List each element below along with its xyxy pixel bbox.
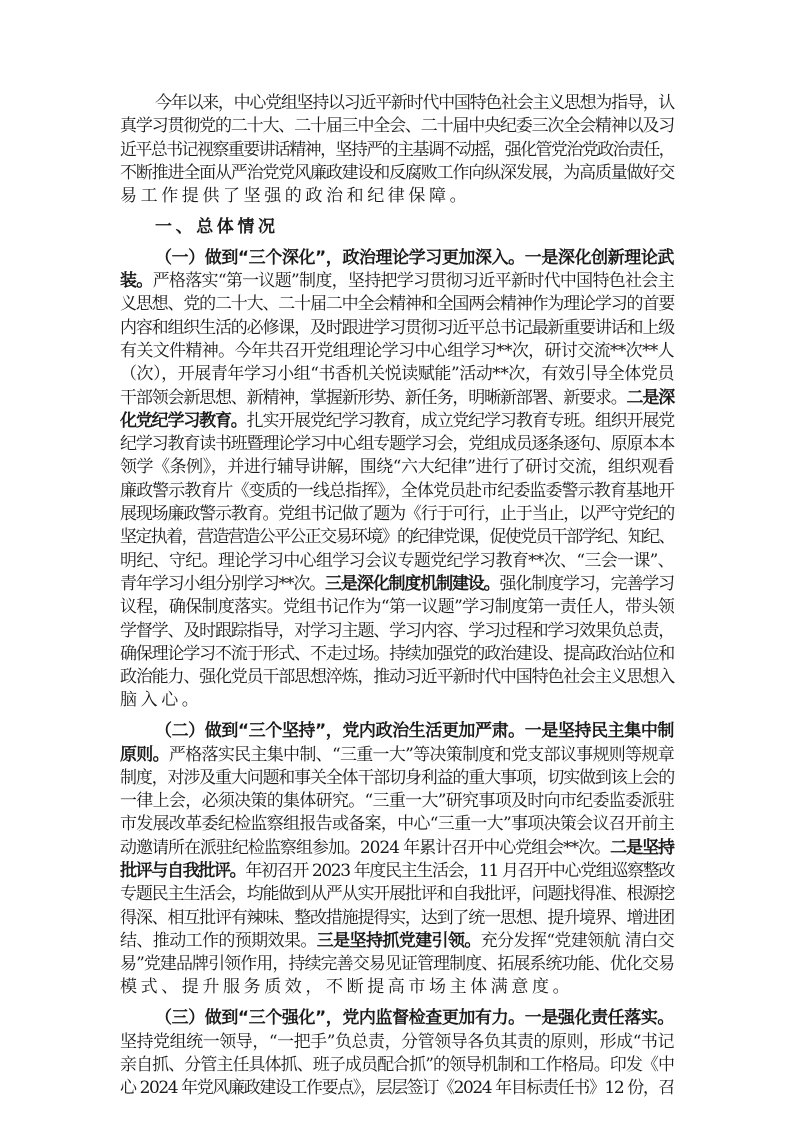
section-heading: 一、总体情况 [120,216,674,239]
text-line: 一律上会，必须决策的集体研究。“三重一大”研究事项及时向市纪委监委派驻 [120,790,674,813]
text-line: 制度，对涉及重大问题和事关全体干部切身利益的重大事项，切实做到该上会的 [120,767,674,790]
text-line: 脑入心。 [120,689,674,712]
text: 严格落实“第一议题”制度，坚持把学习贯彻习近平新时代中国特色社会主 [153,271,674,291]
text: 真学习贯彻党的二十大、二十届三中全会、二十届中央纪委三次全会精神以及习 [120,116,674,136]
bold-text: 二是深 [627,388,674,408]
text: 廉政警示教育片《变质的一线总指挥》，全体党员赴市纪委监委警示教育基地开 [120,481,674,501]
text: 结、推动工作的预期效果。 [120,931,317,951]
text: 亲自抓、分管主任具体抓、班子成员配合抓”的领导机制和工作格局。印发《中 [120,1055,674,1075]
text: 脑入心。 [120,690,202,710]
text: 制度，对涉及重大问题和事关全体干部切身利益的重大事项，切实做到该上会的 [120,768,674,788]
text: 充分发挥“党建领航 清白交 [481,931,674,951]
text-line: 不断推进全面从严治党党风廉政建设和反腐败工作向纵深发展，为高质量做好交 [120,162,674,185]
text-line: 易”党建品牌引领作用，持续完善交易见证管理制度、拓展系统功能、优化交易 [120,953,674,976]
text: 内容和组织生活的必修课，及时跟进学习贯彻习近平总书记最新重要讲话和上级 [120,318,674,338]
text-line: 政治能力、强化党员干部思想淬炼，推动习近平新时代中国特色社会主义思想入 [120,666,674,689]
bold-text: 二是坚持 [610,838,674,858]
text-line: （二）做到“三个坚持”，党内政治生活更加严肃。一是坚持民主集中制 [120,720,674,743]
text: 易”党建品牌引领作用，持续完善交易见证管理制度、拓展系统功能、优化交易 [120,954,674,974]
text-line: 一、总体情况 [120,216,674,239]
text-line: 专题民主生活会，均能做到从严从实开展批评和自我批评，问题找得准、根源挖 [120,883,674,906]
text-line: 化党纪学习教育。扎实开展党纪学习教育，成立党纪学习教育专班。组织开展党 [120,410,674,433]
text-line: 义思想、党的二十大、二十届二中全会精神和全国两会精神作为理论学习的首要 [120,293,674,316]
text: 年初召开 2023 年度民主生活会，11 月召开中心党组巡察整改 [245,861,674,881]
text: 义思想、党的二十大、二十届二中全会精神和全国两会精神作为理论学习的首要 [120,294,674,314]
text-line: （三）做到“三个强化”，党内监督检查更加有力。一是强化责任落实。 [120,1007,674,1030]
text: 政治能力、强化党员干部思想淬炼，推动习近平新时代中国特色社会主义思想入 [120,667,674,687]
bold-text: 原则。 [120,745,169,765]
document-page: 今年以来，中心党组坚持以习近平新时代中国特色社会主义思想为指导，认真学习贯彻党的… [0,0,793,1122]
text: 青年学习小组分别学习**次。 [120,574,325,594]
text: 强化制度学习，完善学习 [500,574,674,594]
text: 一律上会，必须决策的集体研究。“三重一大”研究事项及时向市纪委监委派驻 [120,791,674,811]
text: 专题民主生活会，均能做到从严从实开展批评和自我批评，问题找得准、根源挖 [120,884,674,904]
text: 学督学、及时跟踪指导，对学习主题、学习内容、学习过程和学习效果负总责， [120,621,674,641]
text: 动邀请所在派驻纪检监察组参加。2024 年累计召开中心党组会**次。 [120,838,610,858]
text-line: 今年以来，中心党组坚持以习近平新时代中国特色社会主义思想为指导，认 [120,92,674,115]
bold-text: （二）做到“三个坚持”，党内政治生活更加严肃。一是坚持民主集中制 [155,721,674,741]
text-line: 批评与自我批评。年初召开 2023 年度民主生活会，11 月召开中心党组巡察整改 [120,860,674,883]
text-line: 坚持党组统一领导，“一把手”负总责，分管领导各负其责的原则，形成“书记 [120,1031,674,1054]
text-line: 明纪、守纪。理论学习中心组学习会议专题党纪学习教育**次、“三会一课”、 [120,550,674,573]
text-line: （次），开展青年学习小组“书香机关悦读赋能”活动**次，有效引导全体党员 [120,363,674,386]
text: 市发展改革委纪检监察组报告或备案，中心“三重一大”事项决策会议召开前主 [120,814,674,834]
text-line: 纪学习教育读书班暨理论学习中心组专题学习会，党组成员逐条逐句、原原本本 [120,433,674,456]
text-line: 得深、相互批评有辣味、整改措施提得实，达到了统一思想、提升境界、增进团 [120,907,674,930]
body-paragraph: （三）做到“三个强化”，党内监督检查更加有力。一是强化责任落实。坚持党组统一领导… [120,1007,674,1100]
text-line: 有关文件精神。今年共召开党组理论学习中心组学习**次，研讨交流**次**人 [120,340,674,363]
text-line: 青年学习小组分别学习**次。三是深化制度机制建设。强化制度学习，完善学习 [120,573,674,596]
text-line: （一）做到“三个深化”，政治理论学习更加深入。一是深化创新理论武 [120,247,674,270]
bold-text: 三是坚持抓党建引领。 [317,931,481,951]
text-line: 学督学、及时跟踪指导，对学习主题、学习内容、学习过程和学习效果负总责， [120,620,674,643]
text: 领学《条例》，并进行辅导讲解，围绕“六大纪律”进行了研讨交流，组织观看 [120,457,674,477]
text-line: 动邀请所在派驻纪检监察组参加。2024 年累计召开中心党组会**次。二是坚持 [120,837,674,860]
bold-text: （三）做到“三个强化”，党内监督检查更加有力。一是强化责任落实。 [155,1008,674,1028]
text-line: 市发展改革委纪检监察组报告或备案，中心“三重一大”事项决策会议召开前主 [120,813,674,836]
text-line: 内容和组织生活的必修课，及时跟进学习贯彻习近平总书记最新重要讲话和上级 [120,317,674,340]
text-line: 坚定执着，营造营造公平公正交易环境》的纪律党课，促使党员干部学纪、知纪、 [120,526,674,549]
text: 明纪、守纪。理论学习中心组学习会议专题党纪学习教育**次、“三会一课”、 [120,551,674,571]
text-line: 亲自抓、分管主任具体抓、班子成员配合抓”的领导机制和工作格局。印发《中 [120,1054,674,1077]
text-line: 领学《条例》，并进行辅导讲解，围绕“六大纪律”进行了研讨交流，组织观看 [120,456,674,479]
bold-text: 装。 [120,271,153,291]
text: 不断推进全面从严治党党风廉政建设和反腐败工作向纵深发展，为高质量做好交 [120,163,674,183]
text-line: 近平总书记视察重要讲话精神，坚持严的主基调不动摇，强化管党治党政治责任， [120,139,674,162]
text-line: 真学习贯彻党的二十大、二十届三中全会、二十届中央纪委三次全会精神以及习 [120,115,674,138]
text-line: 易工作提供了坚强的政治和纪律保障。 [120,185,674,208]
bold-text: 三是深化制度机制建设。 [325,574,500,594]
text-line: 展现场廉政警示教育。党组书记做了题为《行于可行，止于当止，以严守党纪的 [120,503,674,526]
text: 心 2024 年党风廉政建设工作要点》，层层签订《2024 年目标责任书》12 … [120,1078,674,1098]
text: 模式、提升服务质效，不断提高市场主体满意度。 [120,977,573,997]
text: 有关文件精神。今年共召开党组理论学习中心组学习**次，研讨交流**次**人 [120,341,674,361]
body-paragraph: （一）做到“三个深化”，政治理论学习更加深入。一是深化创新理论武装。严格落实“第… [120,247,674,713]
text-line: 原则。严格落实民主集中制、“三重一大”等决策制度和党支部议事规则等规章 [120,744,674,767]
text: 得深、相互批评有辣味、整改措施提得实，达到了统一思想、提升境界、增进团 [120,908,674,928]
text: 干部领会新思想、新精神，掌握新形势、新任务，明晰新部署、新要求。 [120,388,627,408]
body-paragraph: （二）做到“三个坚持”，党内政治生活更加严肃。一是坚持民主集中制原则。严格落实民… [120,720,674,1000]
text: 纪学习教育读书班暨理论学习中心组专题学习会，党组成员逐条逐句、原原本本 [120,434,674,454]
text: 严格落实民主集中制、“三重一大”等决策制度和党支部议事规则等规章 [169,745,674,765]
text: 坚持党组统一领导，“一把手”负总责，分管领导各负其责的原则，形成“书记 [120,1032,674,1052]
text-line: 干部领会新思想、新精神，掌握新形势、新任务，明晰新部署、新要求。二是深 [120,387,674,410]
text: 近平总书记视察重要讲话精神，坚持严的主基调不动摇，强化管党治党政治责任， [120,140,674,160]
text-line: 结、推动工作的预期效果。三是坚持抓党建引领。充分发挥“党建领航 清白交 [120,930,674,953]
bold-text: 批评与自我批评。 [120,861,245,881]
bold-text: 一、总体情况 [155,217,279,237]
text: 议程，确保制度落实。党组书记作为“第一议题”学习制度第一责任人，带头领 [120,597,674,617]
text: 确保理论学习不流于形式、不走过场。持续加强党的政治建设、提高政治站位和 [120,644,674,664]
document-body: 今年以来，中心党组坚持以习近平新时代中国特色社会主义思想为指导，认真学习贯彻党的… [120,92,674,1108]
text: （次），开展青年学习小组“书香机关悦读赋能”活动**次，有效引导全体党员 [120,364,674,384]
text-line: 心 2024 年党风廉政建设工作要点》，层层签订《2024 年目标责任书》12 … [120,1077,674,1100]
text-line: 装。严格落实“第一议题”制度，坚持把学习贯彻习近平新时代中国特色社会主 [120,270,674,293]
bold-text: 化党纪学习教育。 [120,411,247,431]
text-line: 确保理论学习不流于形式、不走过场。持续加强党的政治建设、提高政治站位和 [120,643,674,666]
text: 展现场廉政警示教育。党组书记做了题为《行于可行，止于当止，以严守党纪的 [120,504,674,524]
text: 今年以来，中心党组坚持以习近平新时代中国特色社会主义思想为指导，认 [155,93,674,113]
text-line: 模式、提升服务质效，不断提高市场主体满意度。 [120,976,674,999]
body-paragraph: 今年以来，中心党组坚持以习近平新时代中国特色社会主义思想为指导，认真学习贯彻党的… [120,92,674,208]
text: 坚定执着，营造营造公平公正交易环境》的纪律党课，促使党员干部学纪、知纪、 [120,527,674,547]
text-line: 议程，确保制度落实。党组书记作为“第一议题”学习制度第一责任人，带头领 [120,596,674,619]
bold-text: （一）做到“三个深化”，政治理论学习更加深入。一是深化创新理论武 [155,248,674,268]
text: 扎实开展党纪学习教育，成立党纪学习教育专班。组织开展党 [247,411,674,431]
text: 易工作提供了坚强的政治和纪律保障。 [120,186,470,206]
text-line: 廉政警示教育片《变质的一线总指挥》，全体党员赴市纪委监委警示教育基地开 [120,480,674,503]
